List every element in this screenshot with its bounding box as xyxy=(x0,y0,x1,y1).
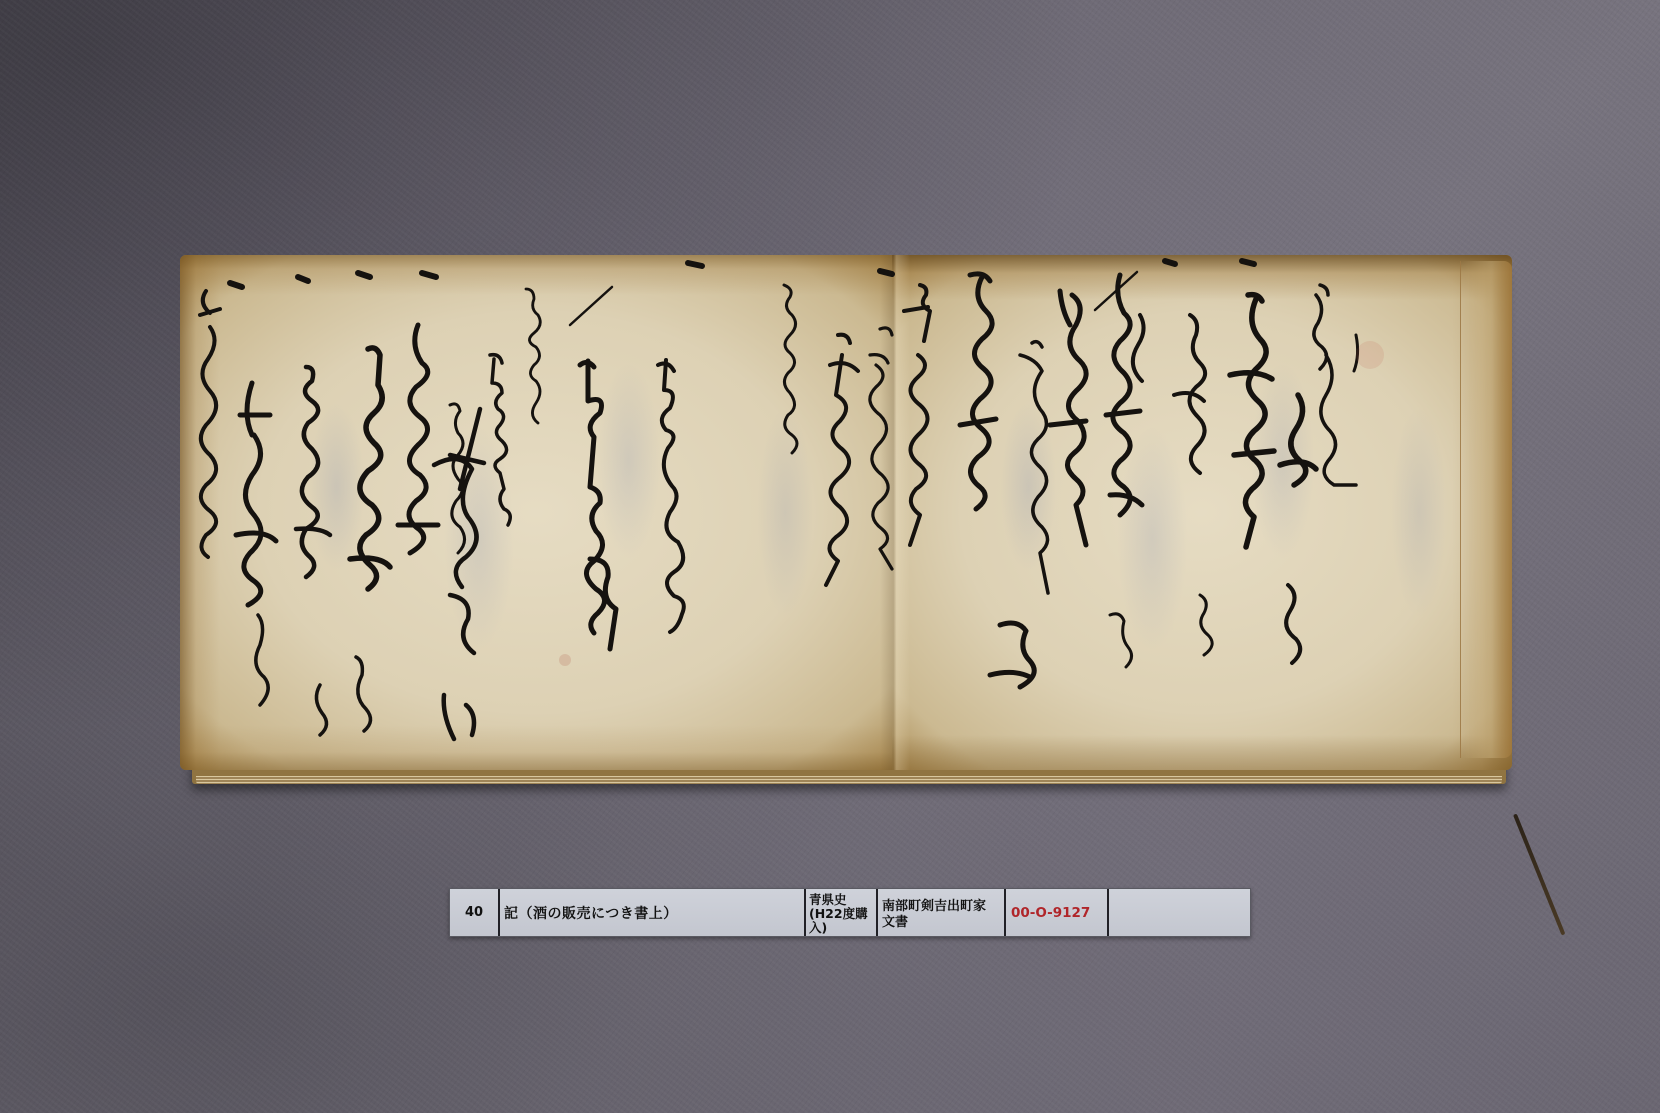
label-source: 南部町剣吉出町家 文書 xyxy=(878,889,1006,936)
label-blank-cell xyxy=(1109,889,1250,936)
label-item-number: 40 xyxy=(450,889,500,936)
folded-page-edge xyxy=(1460,261,1512,758)
archival-document xyxy=(180,255,1512,780)
catalog-label: 40 記（酒の販売につき書上） 青県史 (H22度購 入) 南部町剣吉出町家 文… xyxy=(449,888,1251,937)
ink-bleed-through xyxy=(180,255,892,770)
ink-bleed-through xyxy=(892,255,1512,770)
right-page xyxy=(892,255,1512,770)
label-catalog-id: 00-O-9127 xyxy=(1006,889,1109,936)
left-page xyxy=(180,255,892,770)
binding-string xyxy=(1513,814,1565,936)
label-document-title: 記（酒の販売につき書上） xyxy=(500,889,806,936)
label-collection: 青県史 (H22度購 入) xyxy=(806,889,878,936)
